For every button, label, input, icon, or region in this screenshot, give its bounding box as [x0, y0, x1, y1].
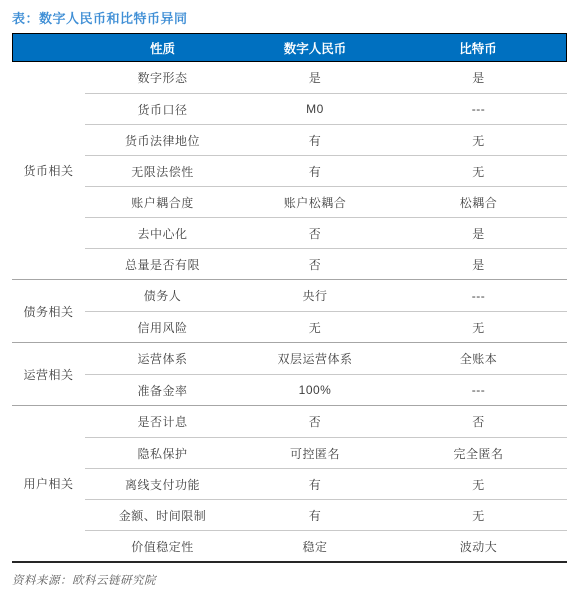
table-row: 是否计息 否 否: [85, 406, 567, 437]
bitcoin-cell: 无: [390, 476, 567, 493]
digital-rmb-cell: 稳定: [240, 538, 390, 555]
digital-rmb-cell: M0: [240, 102, 390, 116]
group-rows: 债务人 央行 --- 信用风险 无 无: [85, 280, 567, 342]
bitcoin-cell: 否: [390, 413, 567, 430]
category-cell: 货币相关: [12, 62, 85, 279]
digital-rmb-cell: 可控匿名: [240, 445, 390, 462]
bitcoin-cell: ---: [390, 102, 567, 116]
bitcoin-cell: ---: [390, 383, 567, 397]
table-row: 运营体系 双层运营体系 全账本: [85, 343, 567, 374]
table-row: 隐私保护 可控匿名 完全匿名: [85, 437, 567, 468]
table-group: 债务相关 债务人 央行 --- 信用风险 无 无: [12, 279, 567, 342]
table-group: 用户相关 是否计息 否 否 隐私保护 可控匿名 完全匿名 离线支付功能 有 无 …: [12, 405, 567, 561]
digital-rmb-cell: 有: [240, 132, 390, 149]
digital-rmb-cell: 央行: [240, 287, 390, 304]
property-cell: 价值稳定性: [85, 538, 240, 555]
table-row: 账户耦合度 账户松耦合 松耦合: [85, 186, 567, 217]
group-rows: 数字形态 是 是 货币口径 M0 --- 货币法律地位 有 无 无限法偿性 有 …: [85, 62, 567, 279]
header-digital-rmb: 数字人民币: [240, 39, 390, 57]
property-cell: 运营体系: [85, 350, 240, 367]
digital-rmb-cell: 无: [240, 319, 390, 336]
table-row: 价值稳定性 稳定 波动大: [85, 530, 567, 561]
property-cell: 货币口径: [85, 101, 240, 118]
report-page: 表：数字人民币和比特币异同 性质 数字人民币 比特币 货币相关 数字形态 是 是…: [0, 0, 579, 600]
bitcoin-cell: 无: [390, 163, 567, 180]
table-body: 货币相关 数字形态 是 是 货币口径 M0 --- 货币法律地位 有 无 无限法…: [12, 62, 567, 561]
table-title: 表：数字人民币和比特币异同: [12, 8, 188, 27]
digital-rmb-cell: 有: [240, 507, 390, 524]
group-rows: 运营体系 双层运营体系 全账本 准备金率 100% ---: [85, 343, 567, 405]
digital-rmb-cell: 有: [240, 163, 390, 180]
table-row: 货币口径 M0 ---: [85, 93, 567, 124]
table-group: 运营相关 运营体系 双层运营体系 全账本 准备金率 100% ---: [12, 342, 567, 405]
comparison-table: 性质 数字人民币 比特币 货币相关 数字形态 是 是 货币口径 M0 --- 货…: [12, 33, 567, 563]
property-cell: 账户耦合度: [85, 194, 240, 211]
table-row: 货币法律地位 有 无: [85, 124, 567, 155]
digital-rmb-cell: 双层运营体系: [240, 350, 390, 367]
bitcoin-cell: 无: [390, 507, 567, 524]
bitcoin-cell: ---: [390, 289, 567, 303]
property-cell: 准备金率: [85, 382, 240, 399]
bitcoin-cell: 无: [390, 132, 567, 149]
group-rows: 是否计息 否 否 隐私保护 可控匿名 完全匿名 离线支付功能 有 无 金额、时间…: [85, 406, 567, 561]
category-cell: 运营相关: [12, 343, 85, 405]
bitcoin-cell: 松耦合: [390, 194, 567, 211]
property-cell: 隐私保护: [85, 445, 240, 462]
header-property: 性质: [85, 39, 240, 57]
property-cell: 货币法律地位: [85, 132, 240, 149]
bitcoin-cell: 波动大: [390, 538, 567, 555]
table-row: 去中心化 否 是: [85, 217, 567, 248]
table-header-row: 性质 数字人民币 比特币: [12, 33, 567, 62]
property-cell: 离线支付功能: [85, 476, 240, 493]
property-cell: 金额、时间限制: [85, 507, 240, 524]
bitcoin-cell: 是: [390, 69, 567, 86]
table-row: 信用风险 无 无: [85, 311, 567, 342]
digital-rmb-cell: 账户松耦合: [240, 194, 390, 211]
property-cell: 总量是否有限: [85, 256, 240, 273]
table-group: 货币相关 数字形态 是 是 货币口径 M0 --- 货币法律地位 有 无 无限法…: [12, 62, 567, 279]
property-cell: 信用风险: [85, 319, 240, 336]
property-cell: 无限法偿性: [85, 163, 240, 180]
bitcoin-cell: 无: [390, 319, 567, 336]
source-note: 资料来源：欧科云链研究院: [12, 572, 156, 588]
property-cell: 去中心化: [85, 225, 240, 242]
bitcoin-cell: 全账本: [390, 350, 567, 367]
bitcoin-cell: 完全匿名: [390, 445, 567, 462]
property-cell: 数字形态: [85, 69, 240, 86]
table-row: 债务人 央行 ---: [85, 280, 567, 311]
digital-rmb-cell: 是: [240, 69, 390, 86]
category-cell: 用户相关: [12, 406, 85, 561]
digital-rmb-cell: 有: [240, 476, 390, 493]
digital-rmb-cell: 否: [240, 256, 390, 273]
bitcoin-cell: 是: [390, 225, 567, 242]
digital-rmb-cell: 100%: [240, 383, 390, 397]
category-cell: 债务相关: [12, 280, 85, 342]
header-bitcoin: 比特币: [390, 39, 566, 57]
table-row: 数字形态 是 是: [85, 62, 567, 93]
bitcoin-cell: 是: [390, 256, 567, 273]
digital-rmb-cell: 否: [240, 225, 390, 242]
digital-rmb-cell: 否: [240, 413, 390, 430]
property-cell: 债务人: [85, 287, 240, 304]
table-row: 无限法偿性 有 无: [85, 155, 567, 186]
table-row: 总量是否有限 否 是: [85, 248, 567, 279]
table-row: 金额、时间限制 有 无: [85, 499, 567, 530]
table-row: 准备金率 100% ---: [85, 374, 567, 405]
property-cell: 是否计息: [85, 413, 240, 430]
table-row: 离线支付功能 有 无: [85, 468, 567, 499]
